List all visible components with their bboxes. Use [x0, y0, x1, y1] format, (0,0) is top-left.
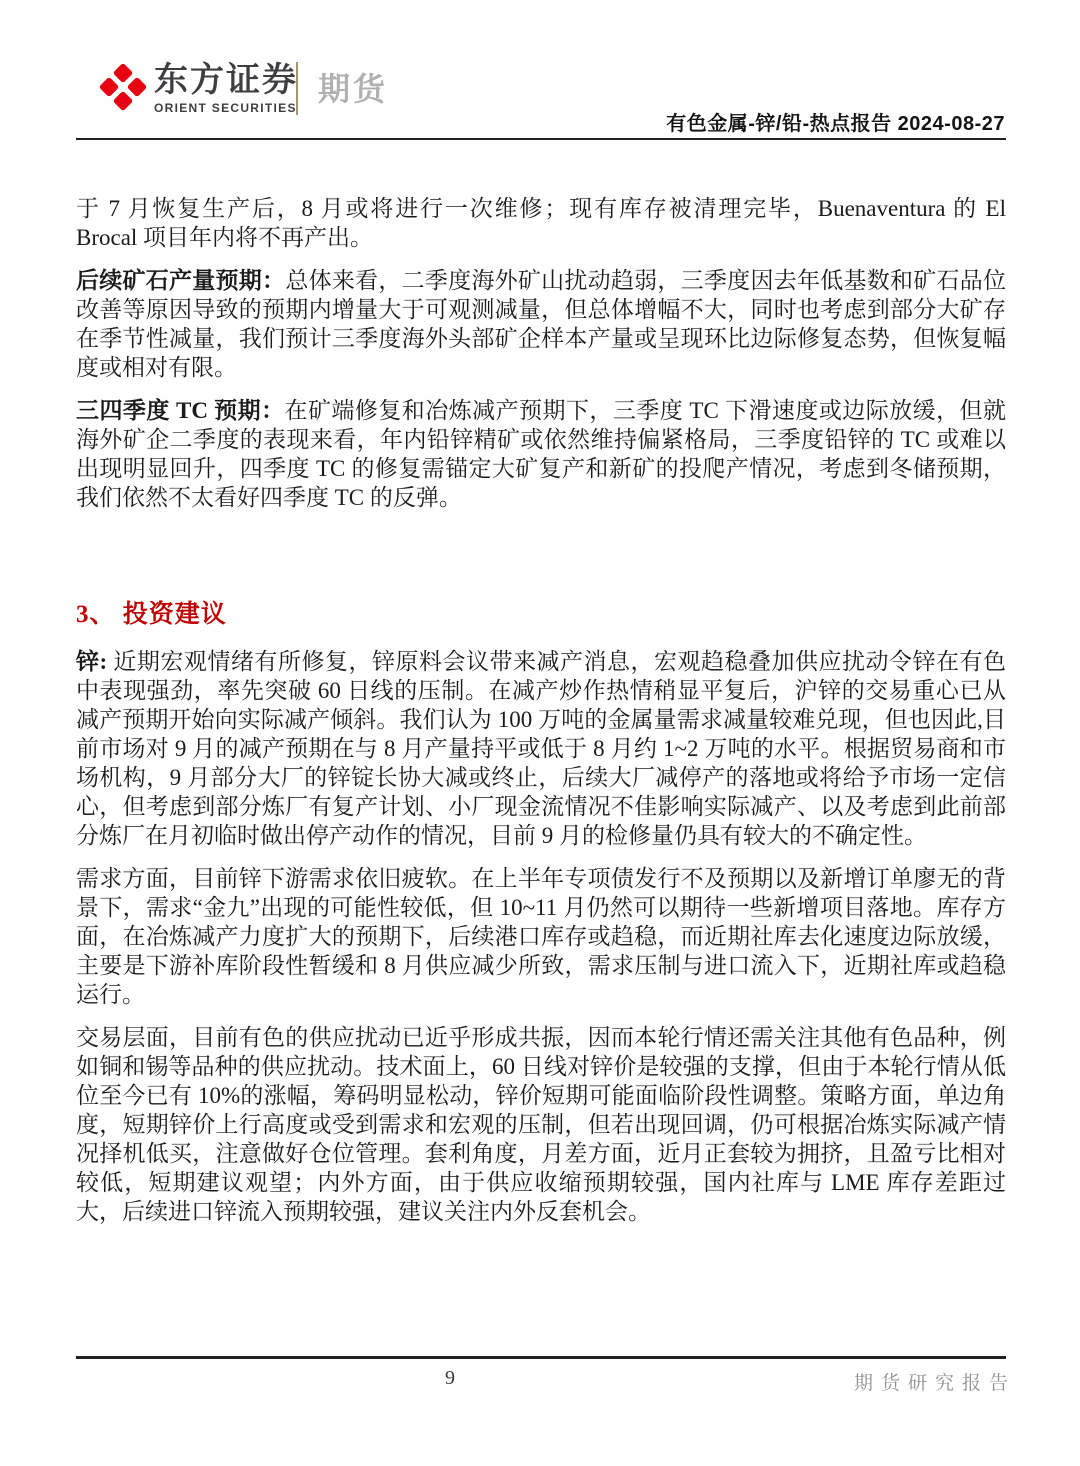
report-header-label: 有色金属-锌/铅-热点报告 2024-08-27 — [666, 107, 1005, 136]
report-page: 东方证券 ORIENT SECURITIES 期货 有色金属-锌/铅-热点报告 … — [0, 0, 1080, 1466]
paragraph-bold-lead: 三四季度 TC 预期： — [76, 398, 285, 423]
footer-rule — [76, 1356, 1006, 1359]
paragraph-text: 近期宏观情绪有所修复，锌原料会议带来减产消息，宏观趋稳叠加供应扰动令锌在有色中表… — [76, 649, 1006, 848]
paragraph-text: 于 7 月恢复生产后，8 月或将进行一次维修；现有库存被清理完毕，Buenave… — [76, 196, 1006, 250]
paragraph-ore-output-outlook: 后续矿石产量预期：总体来看，二季度海外矿山扰动趋弱，三季度因去年低基数和矿石品位… — [76, 266, 1006, 382]
brand-block: 东方证券 ORIENT SECURITIES — [154, 62, 298, 115]
brand-name-en: ORIENT SECURITIES — [154, 101, 298, 115]
paragraph-tc-outlook: 三四季度 TC 预期：在矿端修复和冶炼减产预期下，三季度 TC 下滑速度或边际放… — [76, 396, 1006, 512]
paragraph-bold-lead: 锌: — [76, 649, 107, 674]
section-heading-investment-advice: 3、 投资建议 — [76, 600, 1006, 629]
business-unit-label: 期货 — [318, 64, 388, 110]
header-divider — [296, 62, 298, 115]
paragraph-recovery-note: 于 7 月恢复生产后，8 月或将进行一次维修；现有库存被清理完毕，Buenave… — [76, 194, 1006, 252]
paragraph-bold-lead: 后续矿石产量预期： — [76, 268, 285, 293]
page-number: 9 — [400, 1367, 500, 1390]
paragraph-text: 交易层面，目前有色的供应扰动已近乎形成共振，因而本轮行情还需关注其他有色品种，例… — [76, 1025, 1006, 1224]
paragraph-text: 需求方面，目前锌下游需求依旧疲软。在上半年专项债发行不及预期以及新增订单廖无的背… — [76, 866, 1006, 1007]
header-rule — [76, 138, 1006, 140]
orient-securities-logo-icon — [95, 59, 151, 115]
report-body: 于 7 月恢复生产后，8 月或将进行一次维修；现有库存被清理完毕，Buenave… — [76, 194, 1006, 1240]
paragraph-trading-strategy: 交易层面，目前有色的供应扰动已近乎形成共振，因而本轮行情还需关注其他有色品种，例… — [76, 1023, 1006, 1226]
footer-report-type: 期货研究报告 — [854, 1368, 1016, 1395]
paragraph-zinc-advice: 锌: 近期宏观情绪有所修复，锌原料会议带来减产消息，宏观趋稳叠加供应扰动令锌在有… — [76, 647, 1006, 850]
paragraph-demand-inventory: 需求方面，目前锌下游需求依旧疲软。在上半年专项债发行不及预期以及新增订单廖无的背… — [76, 864, 1006, 1009]
brand-name-cn: 东方证券 — [154, 62, 298, 98]
